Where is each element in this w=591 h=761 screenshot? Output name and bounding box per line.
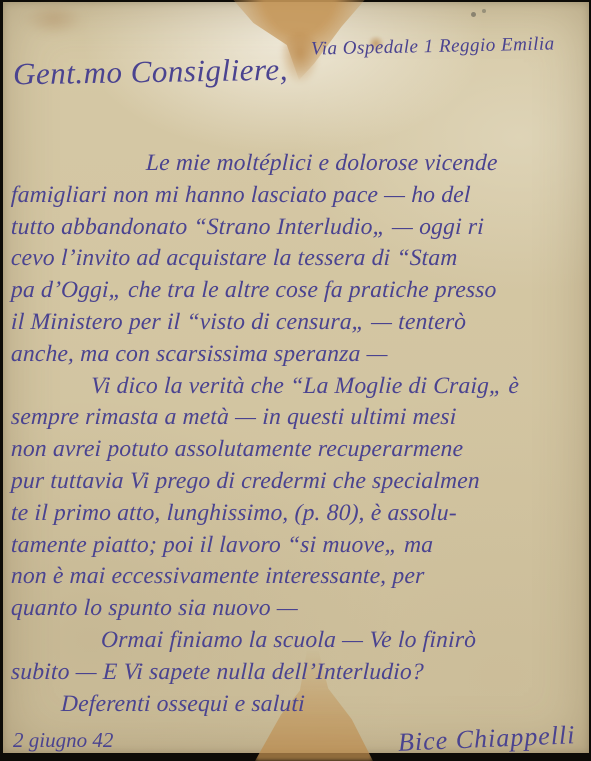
letter-line: quanto lo spunto sia nuovo — xyxy=(10,593,587,625)
letter-line: cevo l’invito ad acquistare la tessera d… xyxy=(10,243,587,275)
letter-line: subito — E Vi sapete nulla dell’Interlud… xyxy=(10,657,587,689)
letter-line: tutto abbandonato “Strano Interludio„ — … xyxy=(10,212,587,244)
letter-line: il Ministero per il “visto di censura„ —… xyxy=(10,307,587,339)
letter-line: sempre rimasta a metà — in questi ultimi… xyxy=(10,402,587,434)
letter-line: pur tuttavia Vi prego di credermi che sp… xyxy=(10,466,587,498)
letter-line: Deferenti ossequi e saluti xyxy=(10,689,587,721)
letter-line: tamente piatto; poi il lavoro “si muove„… xyxy=(10,530,587,562)
salutation: Gent.mo Consigliere, xyxy=(13,52,289,93)
letter-line: Ormai finiamo la scuola — Ve lo finirò xyxy=(10,625,587,657)
letter-line: pa d’Oggi„ che tra le altre cose fa prat… xyxy=(10,275,587,307)
ink-speck xyxy=(482,9,486,13)
letter-line: famigliari non mi hanno lasciato pace — … xyxy=(10,180,587,212)
letter-line: non avrei potuto assolutamente recuperar… xyxy=(10,434,587,466)
letter-paper: Via Ospedale 1 Reggio Emilia Gent.mo Con… xyxy=(3,2,589,753)
letter-line: Le mie moltéplici e dolorose vicende xyxy=(10,148,587,180)
letter-footer: 2 giugno 42 Bice Chiappelli xyxy=(13,724,575,754)
sender-address: Via Ospedale 1 Reggio Emilia xyxy=(311,33,555,60)
corner-smudge xyxy=(23,2,85,36)
ink-speck xyxy=(471,12,476,17)
letter-date: 2 giugno 42 xyxy=(13,728,113,753)
letter-line: Vi dico la verità che “La Moglie di Crai… xyxy=(10,371,587,403)
signature: Bice Chiappelli xyxy=(397,720,576,758)
letter-line: non è mai eccessivamente interessante, p… xyxy=(10,561,587,593)
letter-body: Le mie moltéplici e dolorose vicende fam… xyxy=(11,148,587,720)
letter-line: te il primo atto, lunghissimo, (p. 80), … xyxy=(10,498,587,530)
letter-line: anche, ma con scarsissima speranza — xyxy=(10,339,587,371)
